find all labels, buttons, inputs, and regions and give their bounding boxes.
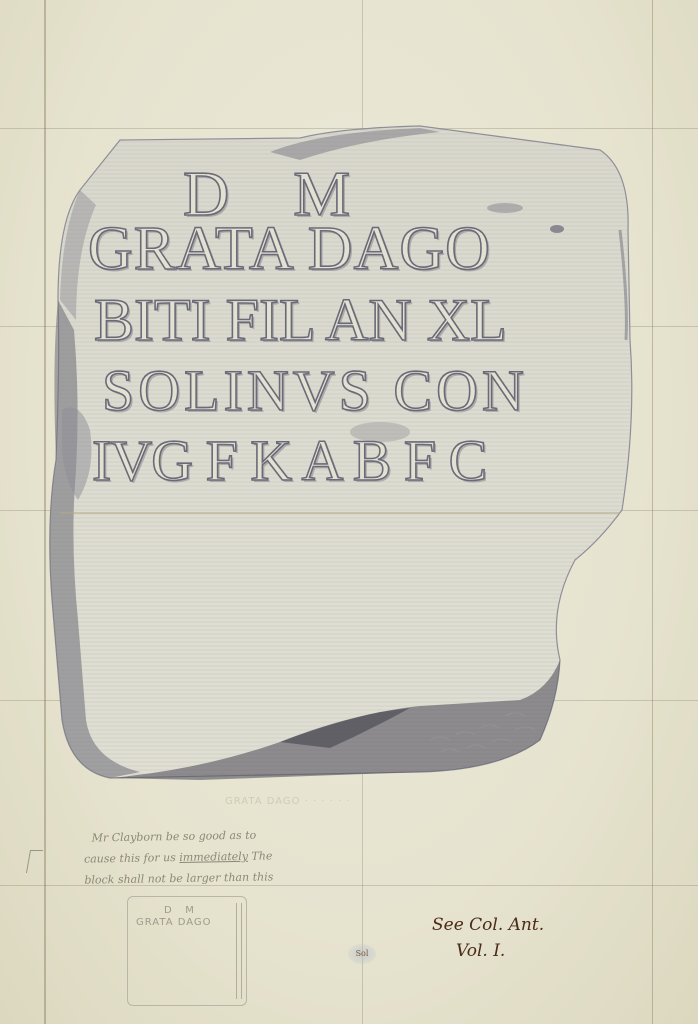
faint-pencil-caption: GRATA DAGO · · · · · · [225, 796, 351, 807]
small-stone-edge [236, 903, 242, 999]
inscription-line-2: GRATA DAGO [88, 218, 491, 280]
inscription-line-3: BITI FIL AN XL [94, 290, 507, 350]
ink-reference-line-1: See Col. Ant. [432, 915, 544, 935]
collection-stamp: Sol [348, 944, 376, 964]
pencil-note-text: The [251, 849, 272, 862]
inscription-line-5: IVG F K A B F C [92, 432, 486, 490]
inscription-line-4: SOLINVS CON [102, 362, 528, 420]
small-stone-sketch: D M GRATA DAGO [127, 896, 247, 1006]
pencil-note-underlined: immediately [179, 850, 248, 864]
ink-reference-line-2: Vol. I. [432, 938, 544, 964]
sketch-line-2: GRATA DAGO [136, 917, 212, 928]
ink-reference-note: See Col. Ant. Vol. I. [432, 912, 544, 964]
pencil-note-text: cause this for us [84, 851, 176, 866]
pencil-note: Mr Clayborn be so good as to cause this … [83, 824, 273, 890]
sketch-line-1: D M [164, 905, 195, 916]
pencil-note-line-3: block shall not be larger than this [84, 866, 273, 890]
